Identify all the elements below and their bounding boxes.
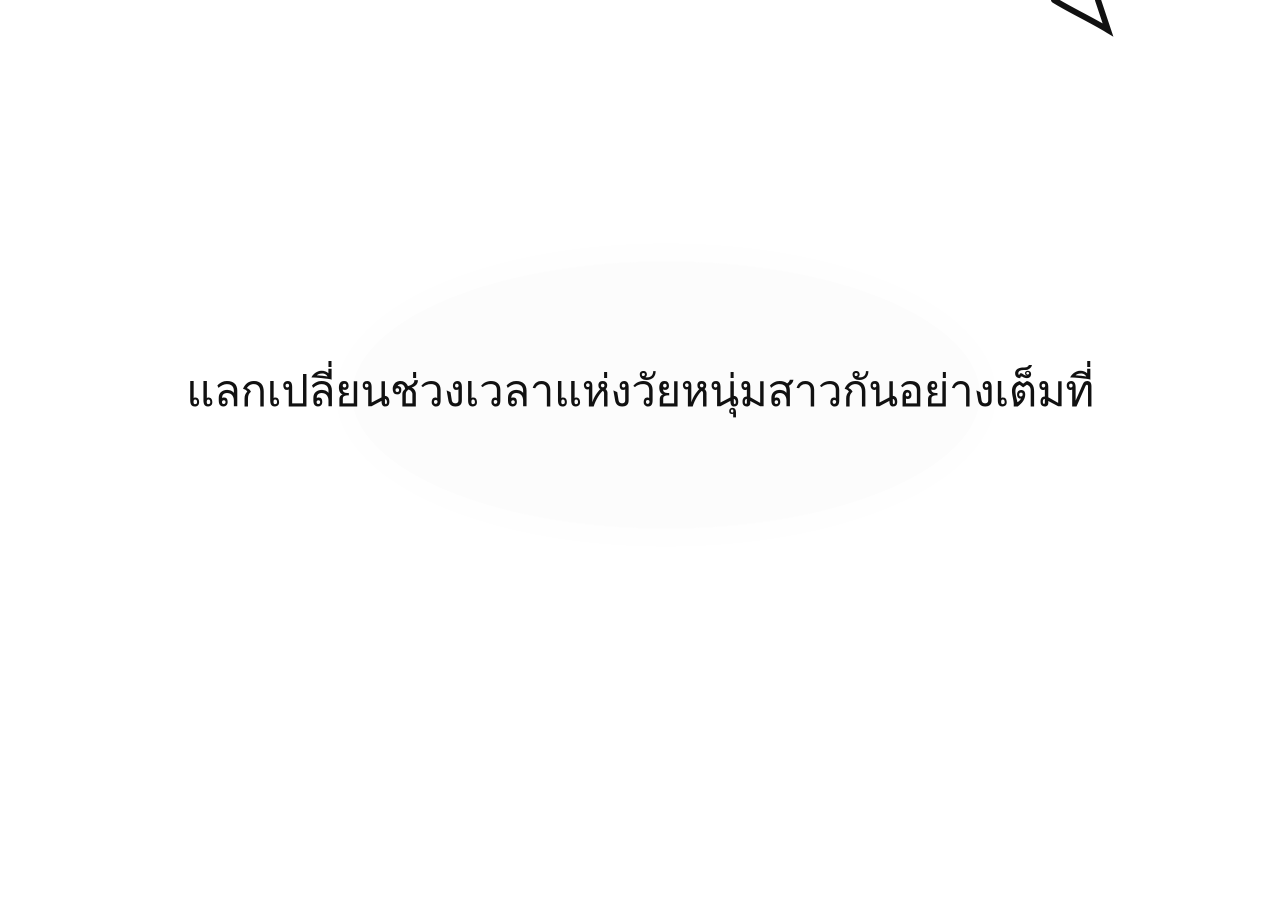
drawn-stroke-icon: [1040, 0, 1120, 40]
comic-panel: แลกเปลี่ยนช่วงเวลาแห่งวัยหนุ่มสาวกันอย่า…: [0, 0, 1280, 900]
dialogue-text: แลกเปลี่ยนช่วงเวลาแห่งวัยหนุ่มสาวกันอย่า…: [0, 356, 1280, 428]
